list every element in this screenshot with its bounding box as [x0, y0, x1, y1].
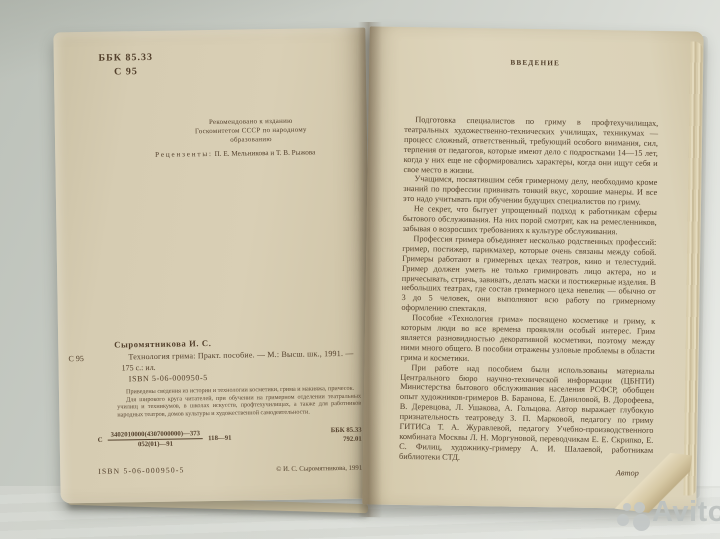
formula-fraction: 3402010000(4307000000)—373 052(01)—91: [108, 430, 204, 448]
introduction-text: Подготовка специалистов по гриму в профт…: [399, 115, 659, 479]
intro-paragraph: Профессия гримера объединяет несколько р…: [401, 234, 656, 317]
isbn-footer: ISBN 5-06-000950-5: [98, 465, 184, 475]
copyright-notice: © И. С. Сыромятникова, 1991: [210, 465, 362, 474]
recommendation-line: образованию: [165, 134, 337, 146]
avito-dot-icon: [617, 514, 629, 526]
intro-paragraph: Учащимся, посвятившим себя гримерному де…: [403, 174, 657, 208]
bbk-code-block: ББК 85.33 С 95: [84, 51, 168, 80]
bbk-code: ББК 85.33: [84, 51, 168, 66]
author-heading: Сыромятникова И. С.: [114, 338, 211, 350]
chapter-header: ВВЕДЕНИЕ: [409, 57, 661, 69]
formula-denominator: 052(01)—91: [108, 439, 204, 448]
title-line-continued: 175 с.: ил.: [122, 363, 156, 373]
formula-suffix: 118—91: [208, 434, 232, 441]
margin-code: С 95: [68, 354, 83, 363]
isbn-line: ISBN 5-06-000950-5: [129, 373, 208, 383]
title-line: Технология грима: Практ. пособие. — М.: …: [128, 349, 364, 362]
right-page: ВВЕДЕНИЕ Подготовка специалистов по грим…: [362, 26, 703, 509]
author-code: С 95: [84, 65, 168, 80]
intro-paragraph: Подготовка специалистов по гриму в профт…: [403, 115, 658, 178]
catalog-formula: С 3402010000(4307000000)—373 052(01)—91 …: [98, 425, 298, 452]
photo-background: ББК 85.33 С 95 Рекомендовано к изданию Г…: [0, 0, 720, 539]
reviewers-names: П. Е. Мельникова и Т. В. Рыжова: [214, 148, 315, 158]
annotation-block: Приведены сведения из истории и технолог…: [117, 385, 361, 419]
avito-dot-icon: [633, 514, 650, 531]
intro-paragraph: При работе над пособием были использован…: [399, 363, 655, 466]
avito-wordmark: Avito: [652, 496, 720, 529]
formula-prefix: С: [98, 436, 103, 443]
author-signature: Автор: [399, 465, 653, 479]
avito-dot-icon: [623, 503, 631, 511]
avito-dot-icon: [634, 502, 645, 513]
formula-udk: 792.01: [288, 435, 362, 445]
recommendation-block: Рекомендовано к изданию Госкомитетом ССС…: [165, 116, 337, 146]
book: ББК 85.33 С 95 Рекомендовано к изданию Г…: [52, 22, 702, 517]
classification-codes: ББК 85.33 792.01: [288, 426, 362, 445]
intro-paragraph: Не секрет, что бытует упрощенный подход …: [403, 204, 657, 238]
reviewers-label: Рецензенты:: [155, 150, 213, 159]
reviewers-line: Рецензенты: П. Е. Мельникова и Т. В. Рыж…: [103, 148, 367, 160]
avito-logo-icon: [614, 502, 652, 532]
avito-watermark: Avito: [610, 496, 718, 538]
left-page: ББК 85.33 С 95 Рекомендовано к изданию Г…: [53, 28, 372, 504]
annotation-paragraph: Для широкого круга читателей, при обучен…: [117, 392, 361, 419]
intro-paragraph: Пособие «Технология грима» посвящено кос…: [400, 313, 655, 367]
